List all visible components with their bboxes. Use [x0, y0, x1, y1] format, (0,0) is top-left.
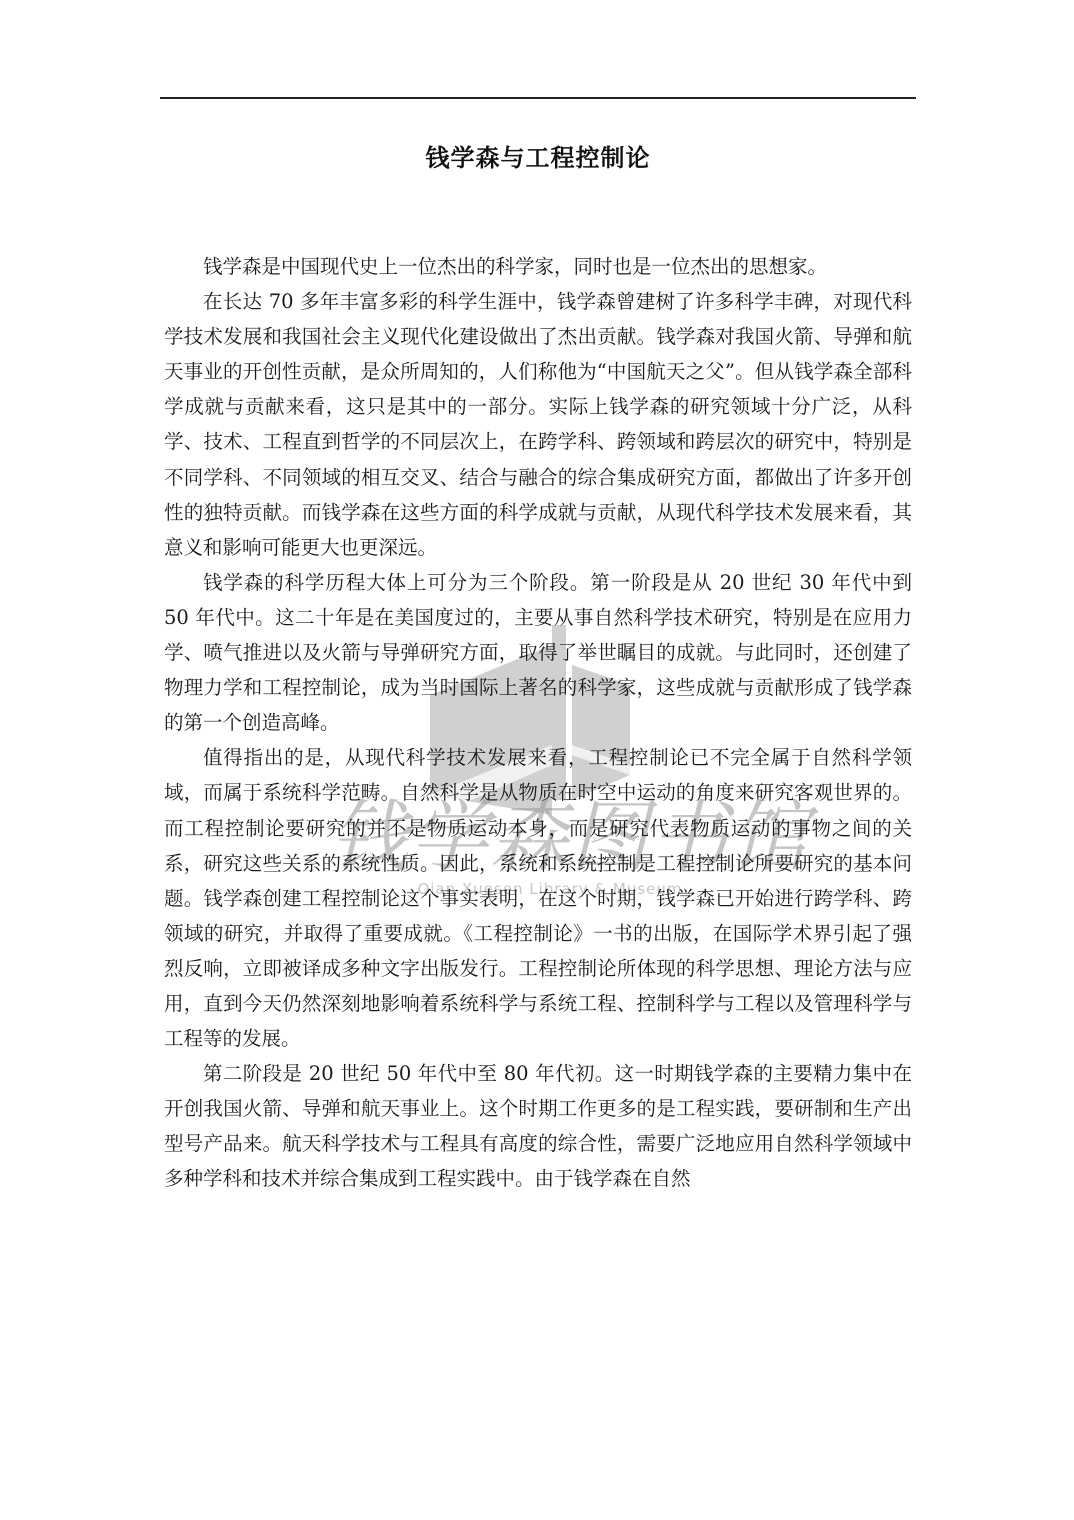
document-title: 钱学森与工程控制论: [160, 140, 916, 176]
document-body: 钱学森是中国现代史上一位杰出的科学家，同时也是一位杰出的思想家。 在长达 70 …: [164, 249, 912, 1197]
paragraph: 钱学森的科学历程大体上可分为三个阶段。第一阶段是从 20 世纪 30 年代中到 …: [164, 565, 912, 740]
paragraph: 值得指出的是，从现代科学技术发展来看，工程控制论已不完全属于自然科学领域，而属于…: [164, 740, 912, 1056]
document-page: 钱学森与工程控制论 钱学森图书馆 Qian Xuesen Library & M…: [0, 0, 1074, 1520]
paragraph: 第二阶段是 20 世纪 50 年代中至 80 年代初。这一时期钱学森的主要精力集…: [164, 1056, 912, 1196]
header-rule: [160, 97, 916, 99]
paragraph: 在长达 70 多年丰富多彩的科学生涯中，钱学森曾建树了许多科学丰碑，对现代科学技…: [164, 284, 912, 565]
paragraph: 钱学森是中国现代史上一位杰出的科学家，同时也是一位杰出的思想家。: [164, 249, 912, 284]
